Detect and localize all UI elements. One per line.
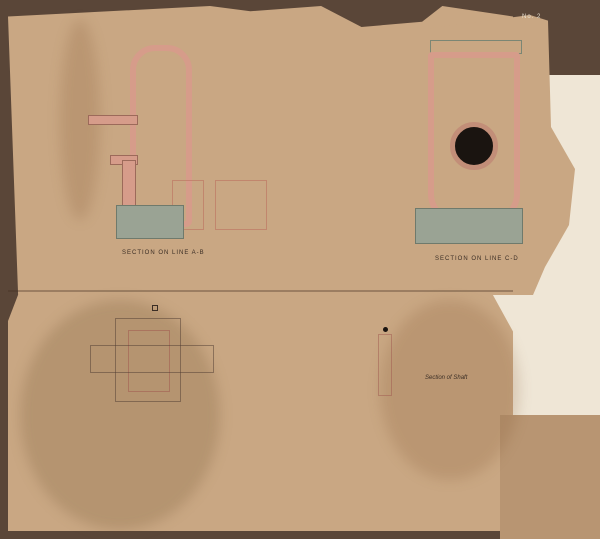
shaft-opening xyxy=(450,122,498,170)
drawing-sheet-lower-right xyxy=(500,415,600,539)
section-c-d-label: SECTION ON LINE C-D xyxy=(435,256,519,262)
sheet-number: No. 2 xyxy=(522,14,541,20)
lower-annotation: Section of Shaft xyxy=(425,375,467,381)
section-a-b-label: SECTION ON LINE A-B xyxy=(122,250,205,256)
shaft-dot-icon xyxy=(383,327,388,332)
tear-line xyxy=(8,290,513,292)
marker-icon xyxy=(152,305,158,311)
